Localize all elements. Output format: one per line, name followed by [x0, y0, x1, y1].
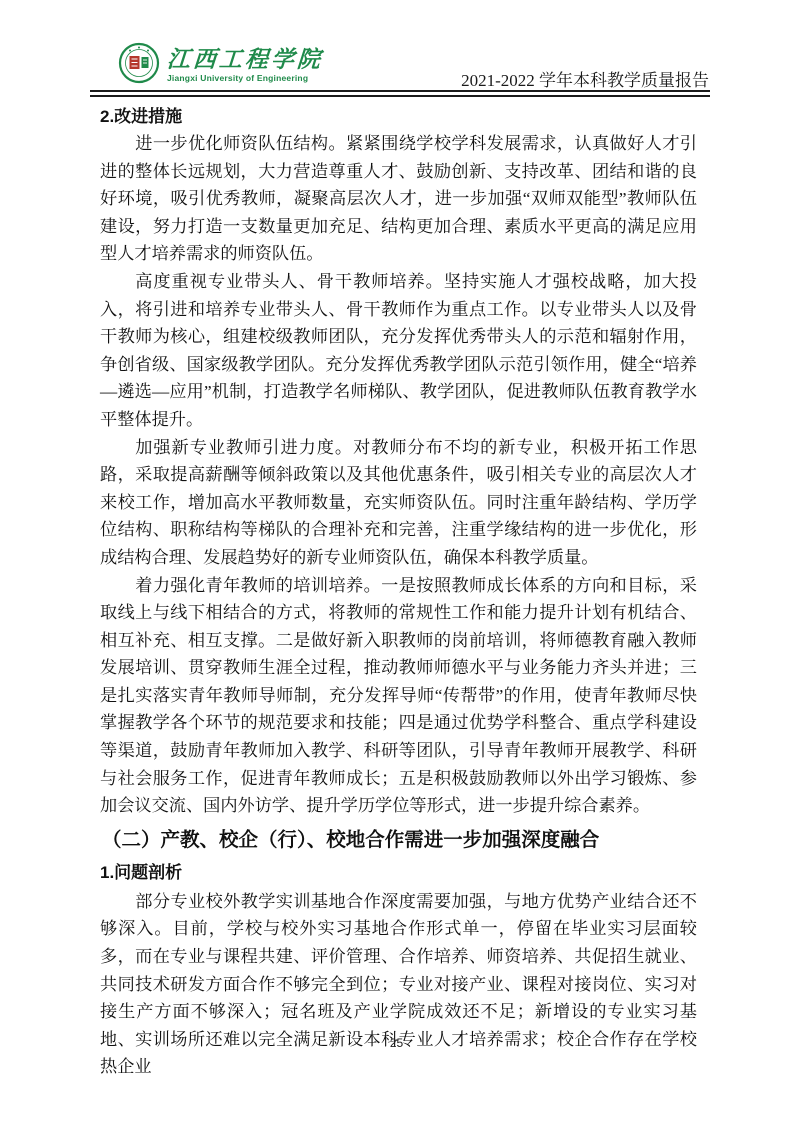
paragraph-leader-training: 高度重视专业带头人、骨干教师培养。坚持实施人才强校战略，加大投入，将引进和培养专… — [100, 268, 697, 434]
report-title: 2021-2022 学年本科教学质量报告 — [461, 66, 709, 91]
page-number: 25 — [0, 1036, 793, 1050]
heading-problem-analysis: 1.问题剖析 — [100, 859, 697, 886]
paragraph-new-major-recruit: 加强新专业教师引进力度。对教师分布不均的新专业，积极开拓工作思路，采取提高薪酬等… — [100, 434, 697, 572]
heading-improvement-measures: 2.改进措施 — [100, 103, 697, 130]
paragraph-young-teacher-training: 着力强化青年教师的培训培养。一是按照教师成长体系的方向和目标，采取线上与线下相结… — [100, 572, 697, 820]
university-seal-icon — [118, 42, 160, 89]
university-logo: 江西工程学院 Jiangxi University of Engineering — [118, 42, 323, 89]
document-body: 2.改进措施 进一步优化师资队伍结构。紧紧围绕学校学科发展需求，认真做好人才引进… — [100, 103, 697, 1081]
paragraph-teacher-structure: 进一步优化师资队伍结构。紧紧围绕学校学科发展需求，认真做好人才引进的整体长远规划… — [100, 130, 697, 268]
header-divider-rule — [90, 90, 710, 97]
paragraph-cooperation-problems: 部分专业校外教学实训基地合作深度需要加强，与地方优势产业结合还不够深入。目前，学… — [100, 888, 697, 1081]
report-page: 江西工程学院 Jiangxi University of Engineering… — [0, 0, 793, 1122]
section-heading-cooperation: （二）产教、校企（行）、校地合作需进一步加强深度融合 — [100, 825, 697, 855]
university-name-en: Jiangxi University of Engineering — [167, 74, 323, 83]
university-name-zh: 江西工程学院 — [166, 48, 324, 71]
